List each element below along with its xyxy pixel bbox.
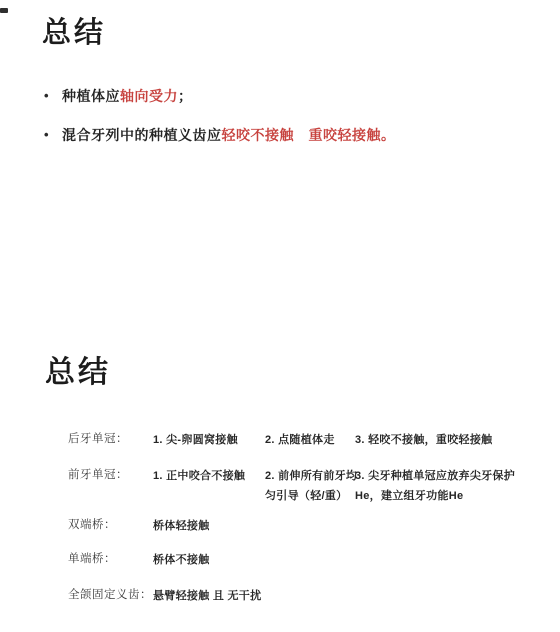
bullet-icon: • bbox=[44, 87, 62, 105]
bullet-text: 混合牙列中的种植义齿应轻咬不接触 重咬轻接触。 bbox=[62, 126, 396, 144]
bullet-text: 种植体应轴向受力； bbox=[62, 87, 193, 105]
table-cell: 桥体不接触 bbox=[153, 550, 265, 570]
table-cell: 悬臂轻接触 且 无干扰 bbox=[153, 586, 265, 606]
row-label: 后牙单冠： bbox=[68, 430, 153, 446]
bullet-item-1: • 种植体应轴向受力； bbox=[44, 87, 193, 105]
table-cell: 1. 尖-卵圆窝接触 bbox=[153, 430, 265, 450]
table-cell: 桥体轻接触 bbox=[153, 516, 265, 536]
bullet-highlight: 轴向受力 bbox=[120, 88, 178, 104]
bullet-prefix: 种植体应 bbox=[62, 88, 120, 104]
row-label: 全颌固定义齿： bbox=[68, 586, 153, 602]
row-label: 前牙单冠： bbox=[68, 466, 153, 482]
bullet-highlight: 轻咬不接触 重咬轻接触。 bbox=[222, 127, 396, 143]
summary-table: 后牙单冠： 1. 尖-卵圆窝接触 2. 点随植体走 3. 轻咬不接触，重咬轻接触… bbox=[68, 430, 534, 610]
row-label: 单端桥： bbox=[68, 550, 153, 566]
section1-title: 总结 bbox=[42, 18, 106, 50]
table-cell: 2. 点随植体走 bbox=[265, 430, 358, 450]
bullet-item-2: • 混合牙列中的种植义齿应轻咬不接触 重咬轻接触。 bbox=[44, 126, 396, 144]
row-label: 双端桥： bbox=[68, 516, 153, 532]
document-page: 总结 • 种植体应轴向受力； • 混合牙列中的种植义齿应轻咬不接触 重咬轻接触。… bbox=[0, 0, 560, 632]
bullet-suffix: ； bbox=[178, 88, 193, 104]
table-cell: 2. 前伸所有前牙均匀引导（轻/重） bbox=[265, 466, 358, 506]
section2-title: 总结 bbox=[45, 356, 111, 389]
table-cell: 3. 轻咬不接触，重咬轻接触 bbox=[355, 430, 534, 450]
corner-artifact bbox=[0, 8, 8, 13]
bullet-prefix: 混合牙列中的种植义齿应 bbox=[62, 127, 222, 143]
table-cell: 3. 尖牙种植单冠应放弃尖牙保护He，建立组牙功能He bbox=[355, 466, 534, 506]
table-cell: 1. 正中咬合不接触 bbox=[153, 466, 265, 486]
bullet-icon: • bbox=[44, 126, 62, 144]
